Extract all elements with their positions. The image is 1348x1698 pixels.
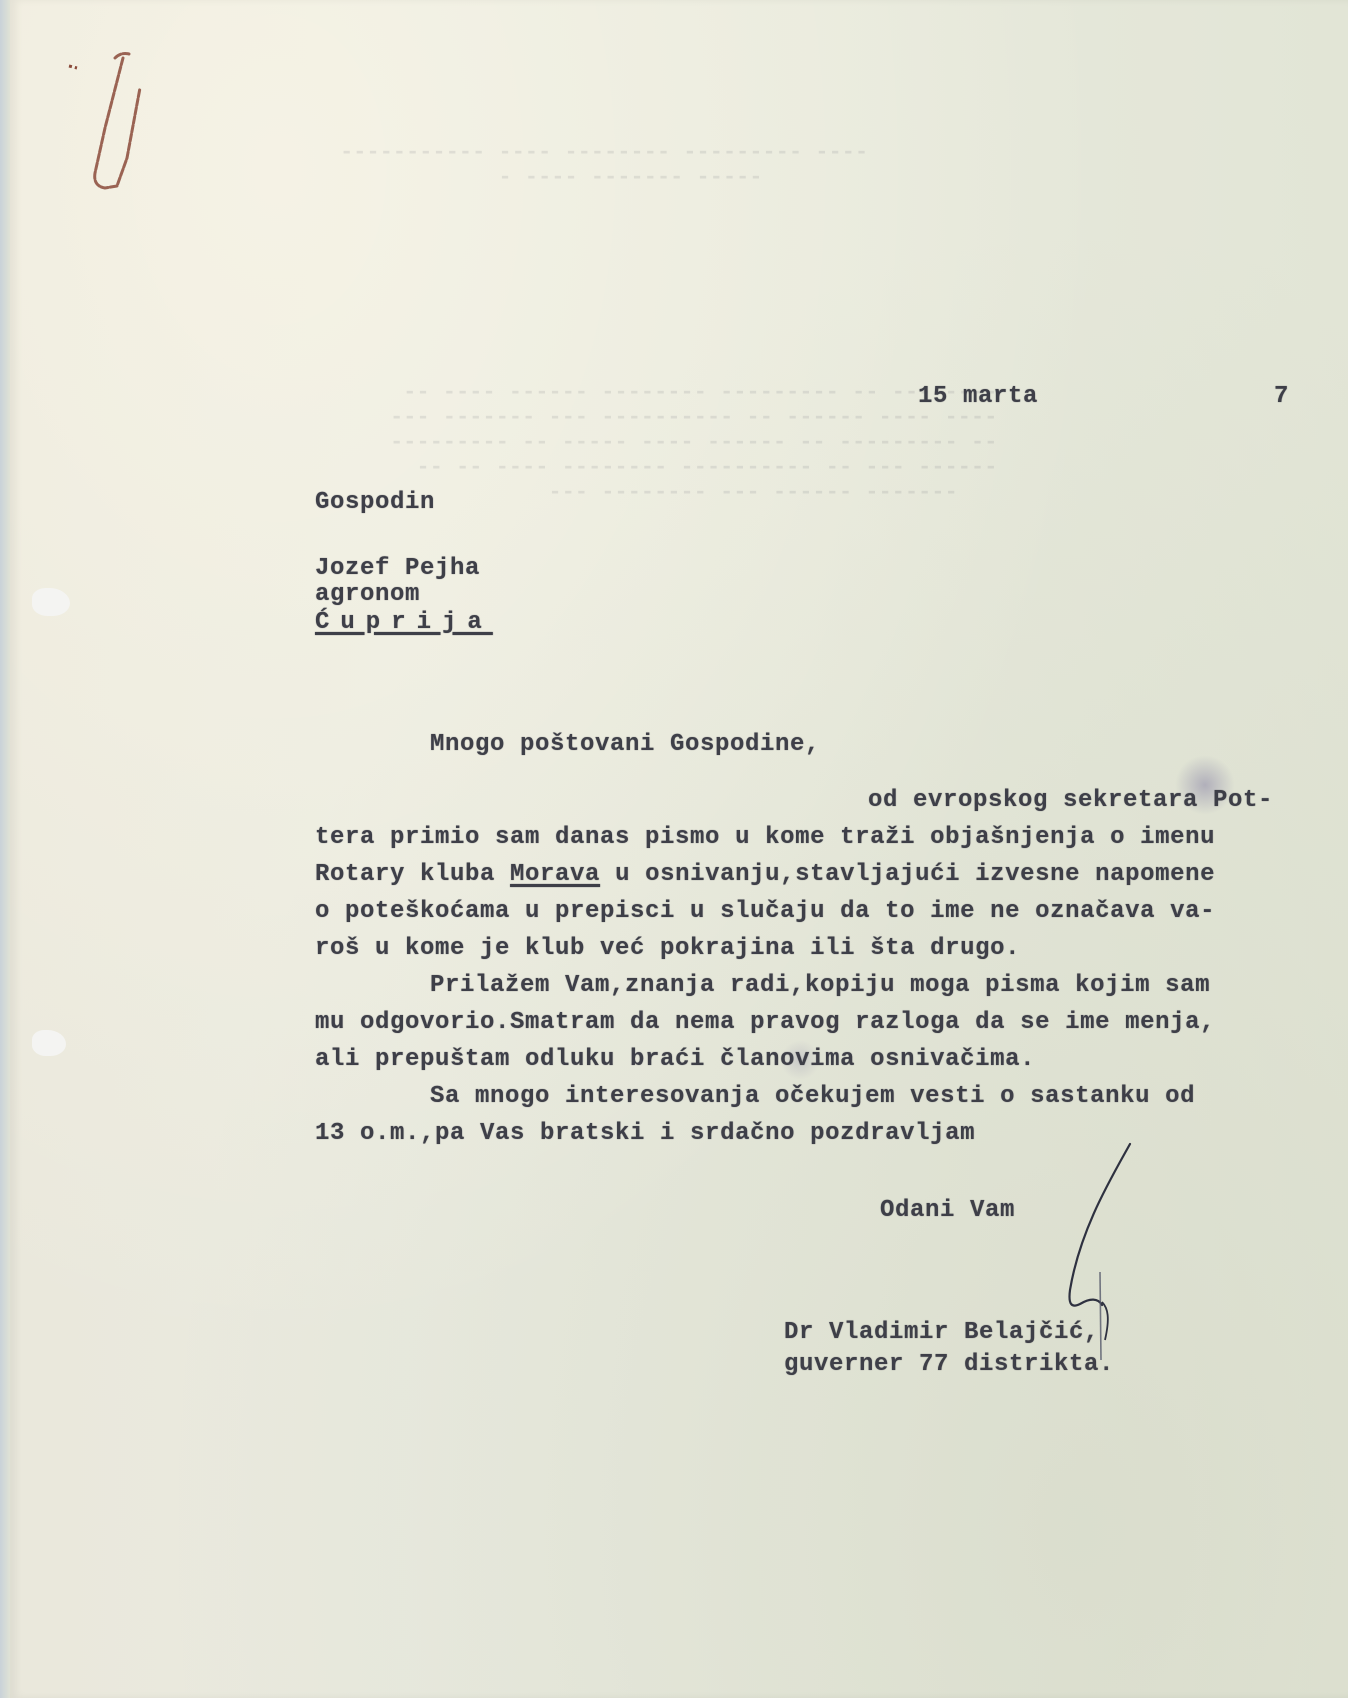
salutation-title: Gospodin: [315, 488, 435, 518]
recipient-city: Ćuprija: [315, 608, 493, 638]
body-line: roš u kome je klub već pokrajina ili šta…: [315, 934, 1020, 964]
body-line: Sa mnogo interesovanja očekujem vesti o …: [430, 1082, 1195, 1112]
scan-edge: [0, 0, 10, 1698]
letter-date: 15 marta: [918, 382, 1038, 412]
greeting: Mnogo poštovani Gospodine,: [430, 730, 820, 760]
bleed-through-text: -------- -- --------- -------- ------ --…: [390, 380, 997, 505]
body-line-rotary: Rotary kluba Morava u osnivanju,stavljaj…: [315, 860, 1215, 890]
body-line: od evropskog sekretara Pot-: [868, 786, 1273, 816]
body-line: Prilažem Vam,znanja radi,kopiju moga pis…: [430, 971, 1210, 1001]
body-text: Rotary kluba: [315, 861, 495, 888]
body-line: tera primio sam danas pismo u kome traži…: [315, 823, 1215, 853]
signatory-name: Dr Vladimir Belajčić,: [784, 1318, 1099, 1348]
paper-damage: [32, 588, 70, 616]
paperclip-stain-icon: [65, 48, 145, 198]
recipient-occupation: agronom: [315, 580, 420, 610]
closing: Odani Vam: [880, 1196, 1015, 1226]
body-line: ali prepuštam odluku braći članovima osn…: [315, 1045, 1035, 1075]
paper-damage: [32, 1030, 66, 1056]
club-name: Morava: [510, 861, 600, 888]
letter-page: ---- --------- -------- ---- -----------…: [10, 0, 1348, 1698]
page-number: 7: [1274, 382, 1289, 412]
body-line: o poteškoćama u prepisci u slučaju da to…: [315, 897, 1215, 927]
signatory-title: guverner 77 distrikta.: [784, 1350, 1114, 1380]
body-line: mu odgovorio.Smatram da nema pravog razl…: [315, 1008, 1215, 1038]
body-line: 13 o.m.,pa Vas bratski i srdačno pozdrav…: [315, 1119, 975, 1149]
body-text: u osnivanju,stavljajući izvesne napomene: [615, 861, 1215, 888]
bleed-through-text: ---- --------- -------- ---- -----------…: [340, 140, 921, 190]
